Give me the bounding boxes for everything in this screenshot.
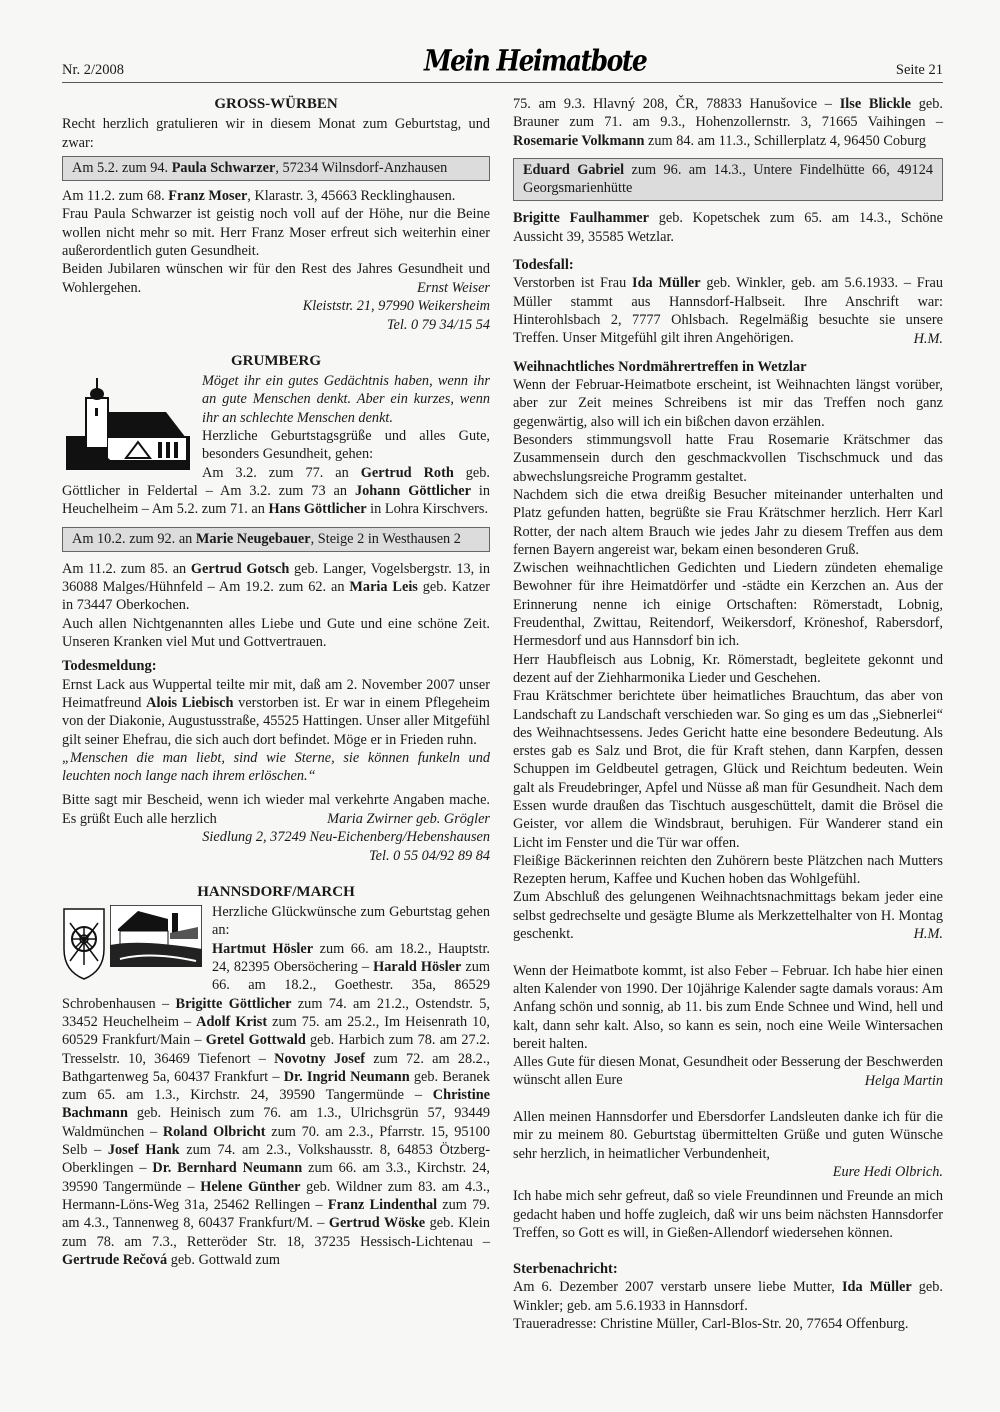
hannsdorf-illustrations bbox=[62, 905, 202, 981]
masthead-title: Mein Heimatbote bbox=[424, 44, 646, 77]
paragraph: Herr Haubfleisch aus Lobnig, Kr. Römerst… bbox=[513, 651, 943, 688]
signature-phone: Tel. 0 79 34/15 54 bbox=[62, 316, 490, 334]
person-name: Franz Lindenthal bbox=[328, 1197, 437, 1213]
section-weihnachtstreffen: Weihnachtliches Nordmährertreffen in Wet… bbox=[513, 358, 943, 944]
person-name: Helene Günther bbox=[200, 1179, 300, 1195]
paragraph: Ich habe mich sehr gefreut, daß so viele… bbox=[513, 1187, 943, 1242]
section-title: HANNSDORF/MARCH bbox=[62, 883, 490, 901]
person-name: Rosemarie Volkmann bbox=[513, 133, 644, 149]
text: in Lohra Kirschvers. bbox=[367, 501, 489, 517]
intro-text: Recht herzlich gratulieren wir in diesem… bbox=[62, 115, 490, 152]
person-name: Roland Olbricht bbox=[163, 1124, 266, 1140]
subsection-title: Todesfall: bbox=[513, 256, 943, 274]
highlight-box: Am 10.2. zum 92. an Marie Neugebauer, St… bbox=[62, 527, 490, 552]
newspaper-page: Nr. 2/2008 Mein Heimatbote Seite 21 GROS… bbox=[0, 0, 1000, 1412]
section-gross-wuerben: GROSS-WÜRBEN Recht herzlich gratulieren … bbox=[62, 95, 490, 334]
text: zum 84. am 11.3., Schillerplatz 4, 96450… bbox=[644, 133, 926, 149]
death-notice: Am 6. Dezember 2007 verstarb unsere lieb… bbox=[513, 1278, 943, 1315]
person-name: Marie Neugebauer bbox=[196, 531, 311, 547]
village-illustration-icon bbox=[110, 905, 202, 967]
right-column: 75. am 9.3. Hlavný 208, ČR, 78833 Hanušo… bbox=[513, 95, 943, 1333]
article-title: Weihnachtliches Nordmährertreffen in Wet… bbox=[513, 358, 943, 376]
paragraph: Auch allen Nichtgenannten alles Liebe un… bbox=[62, 615, 490, 652]
section-title: GROSS-WÜRBEN bbox=[62, 95, 490, 113]
person-name: Gertrud Wöske bbox=[329, 1215, 425, 1231]
section-sterbenachricht: Sterbenachricht: Am 6. Dezember 2007 ver… bbox=[513, 1260, 943, 1333]
signature-name: Eure Hedi Olbrich. bbox=[513, 1163, 943, 1181]
section-dank: Allen meinen Hannsdorfer und Ebersdorfer… bbox=[513, 1108, 943, 1242]
person-name: Gertrud Gotsch bbox=[191, 561, 289, 577]
person-name: Maria Leis bbox=[349, 579, 417, 595]
birthday-entry: Am 11.2. zum 68. Franz Moser, Klarastr. … bbox=[62, 187, 490, 205]
church-icon bbox=[62, 376, 192, 472]
paragraph: Frau Krätschmer berichtete über heimatli… bbox=[513, 687, 943, 852]
person-name: Adolf Krist bbox=[196, 1014, 267, 1030]
subsection-title: Todesmeldung: bbox=[62, 657, 490, 675]
birthday-entry: Brigitte Faulhammer geb. Kopetschek zum … bbox=[513, 209, 943, 246]
paragraph: Wenn der Februar-Heimatbote erscheint, i… bbox=[513, 376, 943, 431]
person-name: Novotny Josef bbox=[274, 1051, 365, 1067]
person-name: Gertrude Rečová bbox=[62, 1252, 167, 1268]
signature-address: Kleiststr. 21, 97990 Weikersheim bbox=[62, 297, 490, 315]
text: , Klarastr. 3, 45663 Recklinghausen. bbox=[247, 188, 455, 204]
person-name: Ida Müller bbox=[842, 1279, 912, 1295]
page-header: Nr. 2/2008 Mein Heimatbote Seite 21 bbox=[62, 50, 943, 83]
paragraph: Zwischen weihnachtlichen Gedichten und L… bbox=[513, 559, 943, 650]
text: , 57234 Wilnsdorf-Anzhausen bbox=[275, 160, 447, 176]
issue-number: Nr. 2/2008 bbox=[62, 62, 124, 79]
signature-phone: Tel. 0 55 04/92 89 84 bbox=[62, 847, 490, 865]
section-februar: Wenn der Heimatbote kommt, ist also Febe… bbox=[513, 962, 943, 1090]
subsection-title: Sterbenachricht: bbox=[513, 1260, 943, 1278]
text: Verstorben ist Frau bbox=[513, 275, 632, 291]
person-name: Gertrud Roth bbox=[361, 465, 454, 481]
section-grumberg: GRUMBERG Möget ihr ein gutes G bbox=[62, 352, 490, 865]
paragraph: Frau Paula Schwarzer ist geistig noch vo… bbox=[62, 205, 490, 260]
text: Am 11.2. zum 68. bbox=[62, 188, 168, 204]
text: , Steige 2 in Westhausen 2 bbox=[311, 531, 461, 547]
text: Am 11.2. zum 85. an bbox=[62, 561, 191, 577]
text: Am 6. Dezember 2007 verstarb unsere lieb… bbox=[513, 1279, 842, 1295]
text: 75. am 9.3. Hlavný 208, ČR, 78833 Hanušo… bbox=[513, 96, 840, 112]
paragraph: Besonders stimmungsvoll hatte Frau Rosem… bbox=[513, 431, 943, 486]
paragraph: Wenn der Heimatbote kommt, ist also Febe… bbox=[513, 962, 943, 1053]
person-name: Josef Hank bbox=[108, 1142, 180, 1158]
person-name: Ilse Blickle bbox=[840, 96, 911, 112]
paragraph: Nachdem sich die etwa dreißig Besucher m… bbox=[513, 486, 943, 559]
person-name: Dr. Ingrid Neumann bbox=[284, 1069, 410, 1085]
author-initials: H.M. bbox=[513, 925, 943, 943]
left-column: GROSS-WÜRBEN Recht herzlich gratulieren … bbox=[62, 95, 490, 1269]
death-notice: Ernst Lack aus Wuppertal teilte mir mit,… bbox=[62, 676, 490, 749]
mourning-address: Traueradresse: Christine Müller, Carl-Bl… bbox=[513, 1315, 943, 1333]
person-name: Dr. Bernhard Neumann bbox=[152, 1160, 302, 1176]
person-name: Franz Moser bbox=[168, 188, 247, 204]
paragraph: Fleißige Bäckerinnen reichten den Zuhöre… bbox=[513, 852, 943, 889]
memorial-quote: „Menschen die man liebt, sind wie Sterne… bbox=[62, 749, 490, 786]
highlight-box: Am 5.2. zum 94. Paula Schwarzer, 57234 W… bbox=[62, 156, 490, 181]
person-name: Ida Müller bbox=[632, 275, 701, 291]
highlight-box: Eduard Gabriel zum 96. am 14.3., Untere … bbox=[513, 158, 943, 202]
text: Am 5.2. zum 94. bbox=[72, 160, 172, 176]
birthday-entries: Am 11.2. zum 85. an Gertrud Gotsch geb. … bbox=[62, 560, 490, 615]
text: Am 3.2. zum 77. an bbox=[202, 465, 361, 481]
page-number: Seite 21 bbox=[896, 62, 943, 79]
paragraph: Allen meinen Hannsdorfer und Ebersdorfer… bbox=[513, 1108, 943, 1163]
entry-details: geb. Gottwald zum bbox=[167, 1252, 280, 1268]
person-name: Gretel Gottwald bbox=[206, 1032, 306, 1048]
person-name: Johann Göttlicher bbox=[355, 483, 471, 499]
person-name: Hans Göttlicher bbox=[268, 501, 366, 517]
section-todesfall: Todesfall: Verstorben ist Frau Ida Mülle… bbox=[513, 256, 943, 348]
section-title: GRUMBERG bbox=[62, 352, 490, 370]
person-name: Hartmut Hösler bbox=[212, 941, 313, 957]
signature-address: Siedlung 2, 37249 Neu-Eichenberg/Hebensh… bbox=[62, 828, 490, 846]
section-hannsdorf: HANNSDORF/MARCH bbox=[62, 883, 490, 1269]
text: Am 10.2. zum 92. an bbox=[72, 531, 196, 547]
person-name: Paula Schwarzer bbox=[172, 160, 276, 176]
person-name: Alois Liebisch bbox=[146, 695, 233, 711]
person-name: Harald Hösler bbox=[373, 959, 461, 975]
coat-of-arms-icon bbox=[62, 905, 106, 981]
birthday-entries: Hartmut Hösler zum 66. am 18.2., Hauptst… bbox=[62, 940, 490, 1269]
person-name: Eduard Gabriel bbox=[523, 162, 624, 178]
birthday-entries-continued: 75. am 9.3. Hlavný 208, ČR, 78833 Hanušo… bbox=[513, 95, 943, 150]
person-name: Brigitte Göttlicher bbox=[176, 996, 292, 1012]
church-illustration bbox=[62, 376, 192, 477]
person-name: Brigitte Faulhammer bbox=[513, 210, 649, 226]
